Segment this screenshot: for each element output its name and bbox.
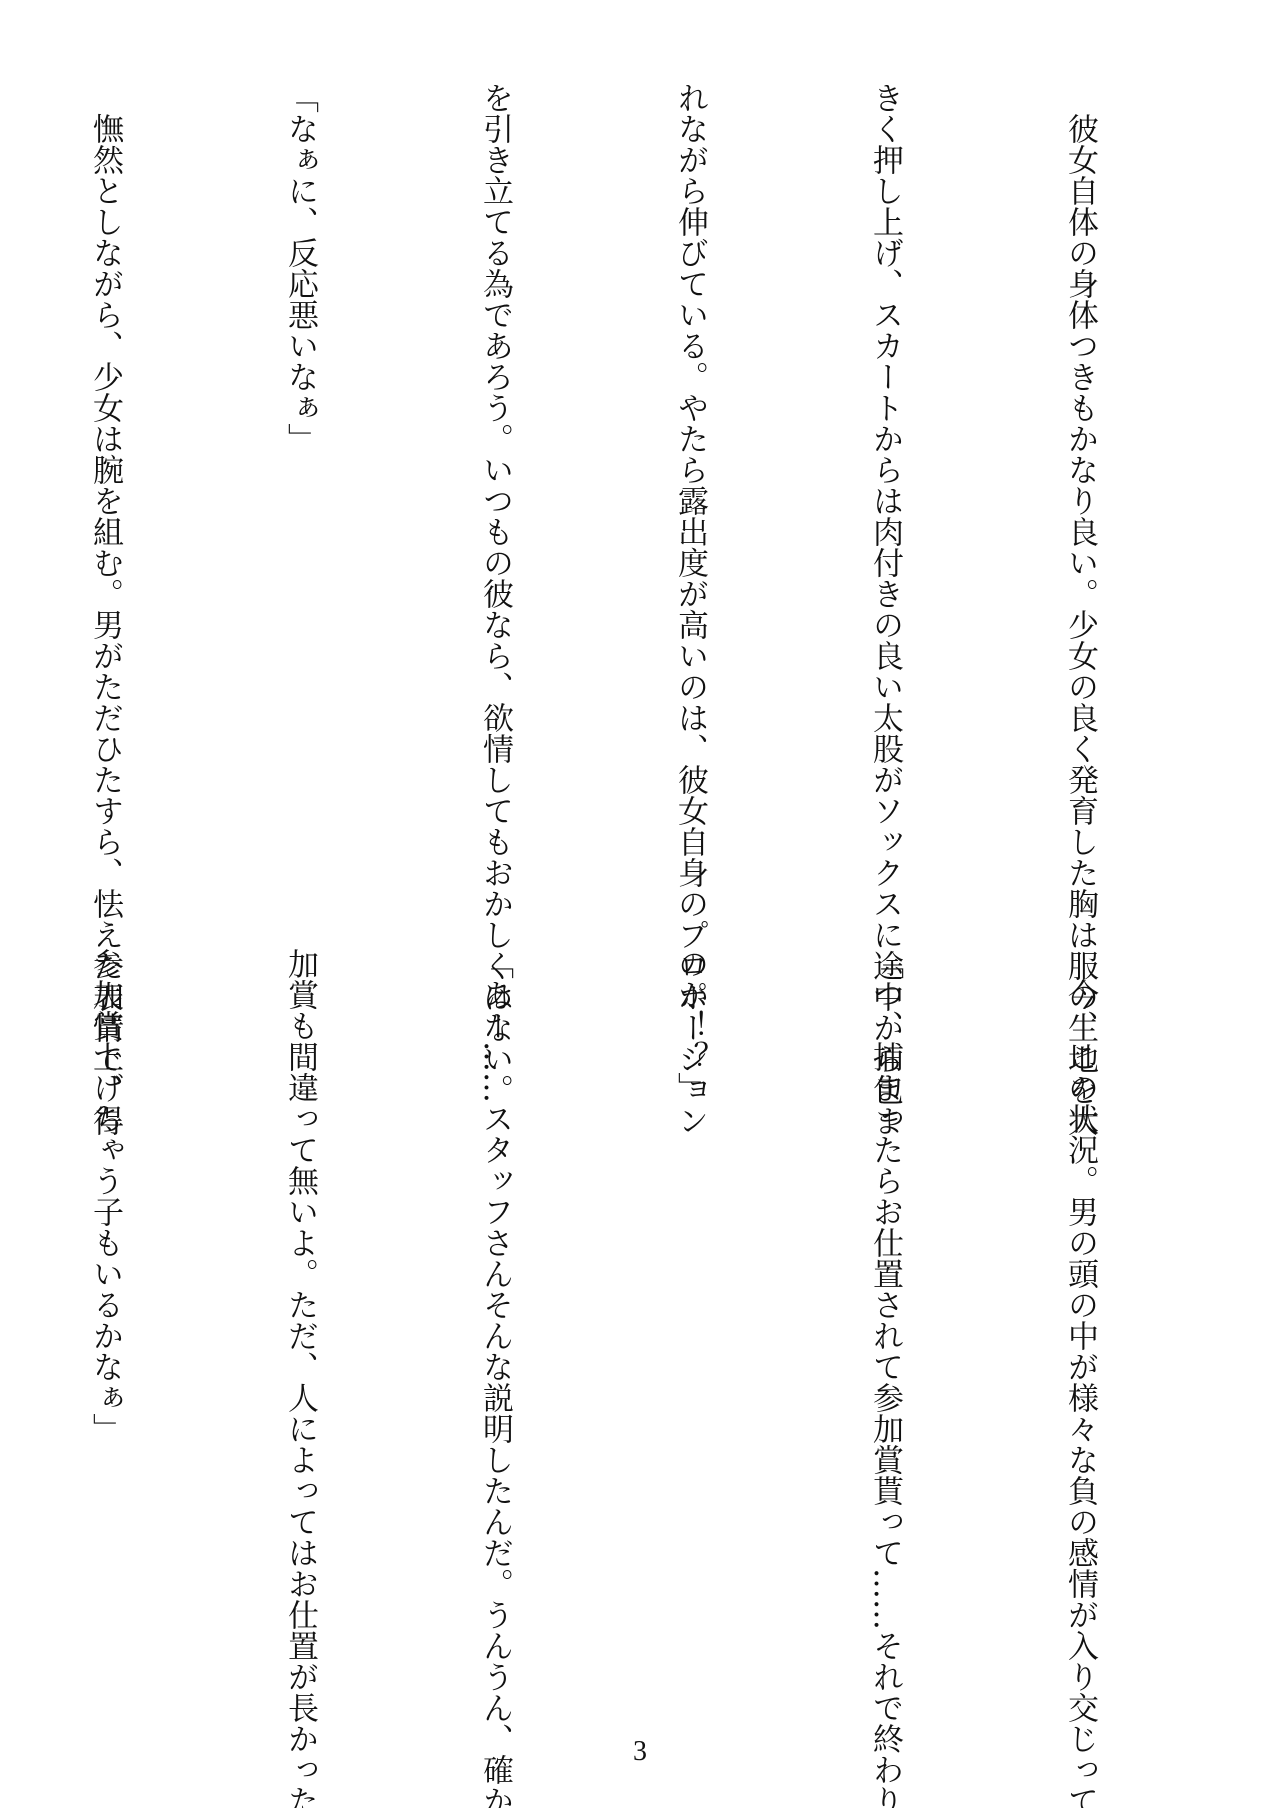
- text-line: 参加賞上げちゃう子もいるかなぁ」: [72, 948, 137, 1728]
- text-line: 今、この状況。男の頭の中が様々な負の感情が入り交じって真っ白になる。: [1047, 948, 1112, 1728]
- text-line: 「つ、捕まったらお仕置されて参加賞貰って……それで終わりじゃ無かった: [852, 948, 917, 1728]
- page-number: 3: [0, 1736, 1280, 1768]
- text-line: 「なぁに、反応悪いなぁ」: [267, 82, 332, 862]
- text-block-bottom: 今、この状況。男の頭の中が様々な負の感情が入り交じって真っ白になる。 「つ、捕ま…: [42, 948, 1242, 1728]
- text-line: 加賞も間違って無いよ。ただ、人によってはお仕置が長かったり、逆に直ぐ: [267, 948, 332, 1728]
- text-line: のか！？」: [657, 948, 722, 1728]
- text-line: 彼女自体の身体つきもかなり良い。少女の良く発育した胸は服の生地を大: [1047, 82, 1112, 862]
- text-line: を引き立てる為であろう。いつもの彼なら、欲情してもおかしくはない。: [462, 82, 527, 862]
- text-block-top: 彼女自体の身体つきもかなり良い。少女の良く発育した胸は服の生地を大 きく押し上げ…: [42, 82, 1242, 862]
- text-line: れながら伸びている。やたら露出度が高いのは、彼女自身のプロポーション: [657, 82, 722, 862]
- text-line: きく押し上げ、スカートからは肉付きの良い太股がソックスに途中から包ま: [852, 82, 917, 862]
- text-line: 憮然としながら、少女は腕を組む。男がただひたすら、怯えた表情で、得: [72, 82, 137, 862]
- text-line: 「あー……スタッフさんそんな説明したんだ。うんうん、確かにお仕置も参: [462, 948, 527, 1728]
